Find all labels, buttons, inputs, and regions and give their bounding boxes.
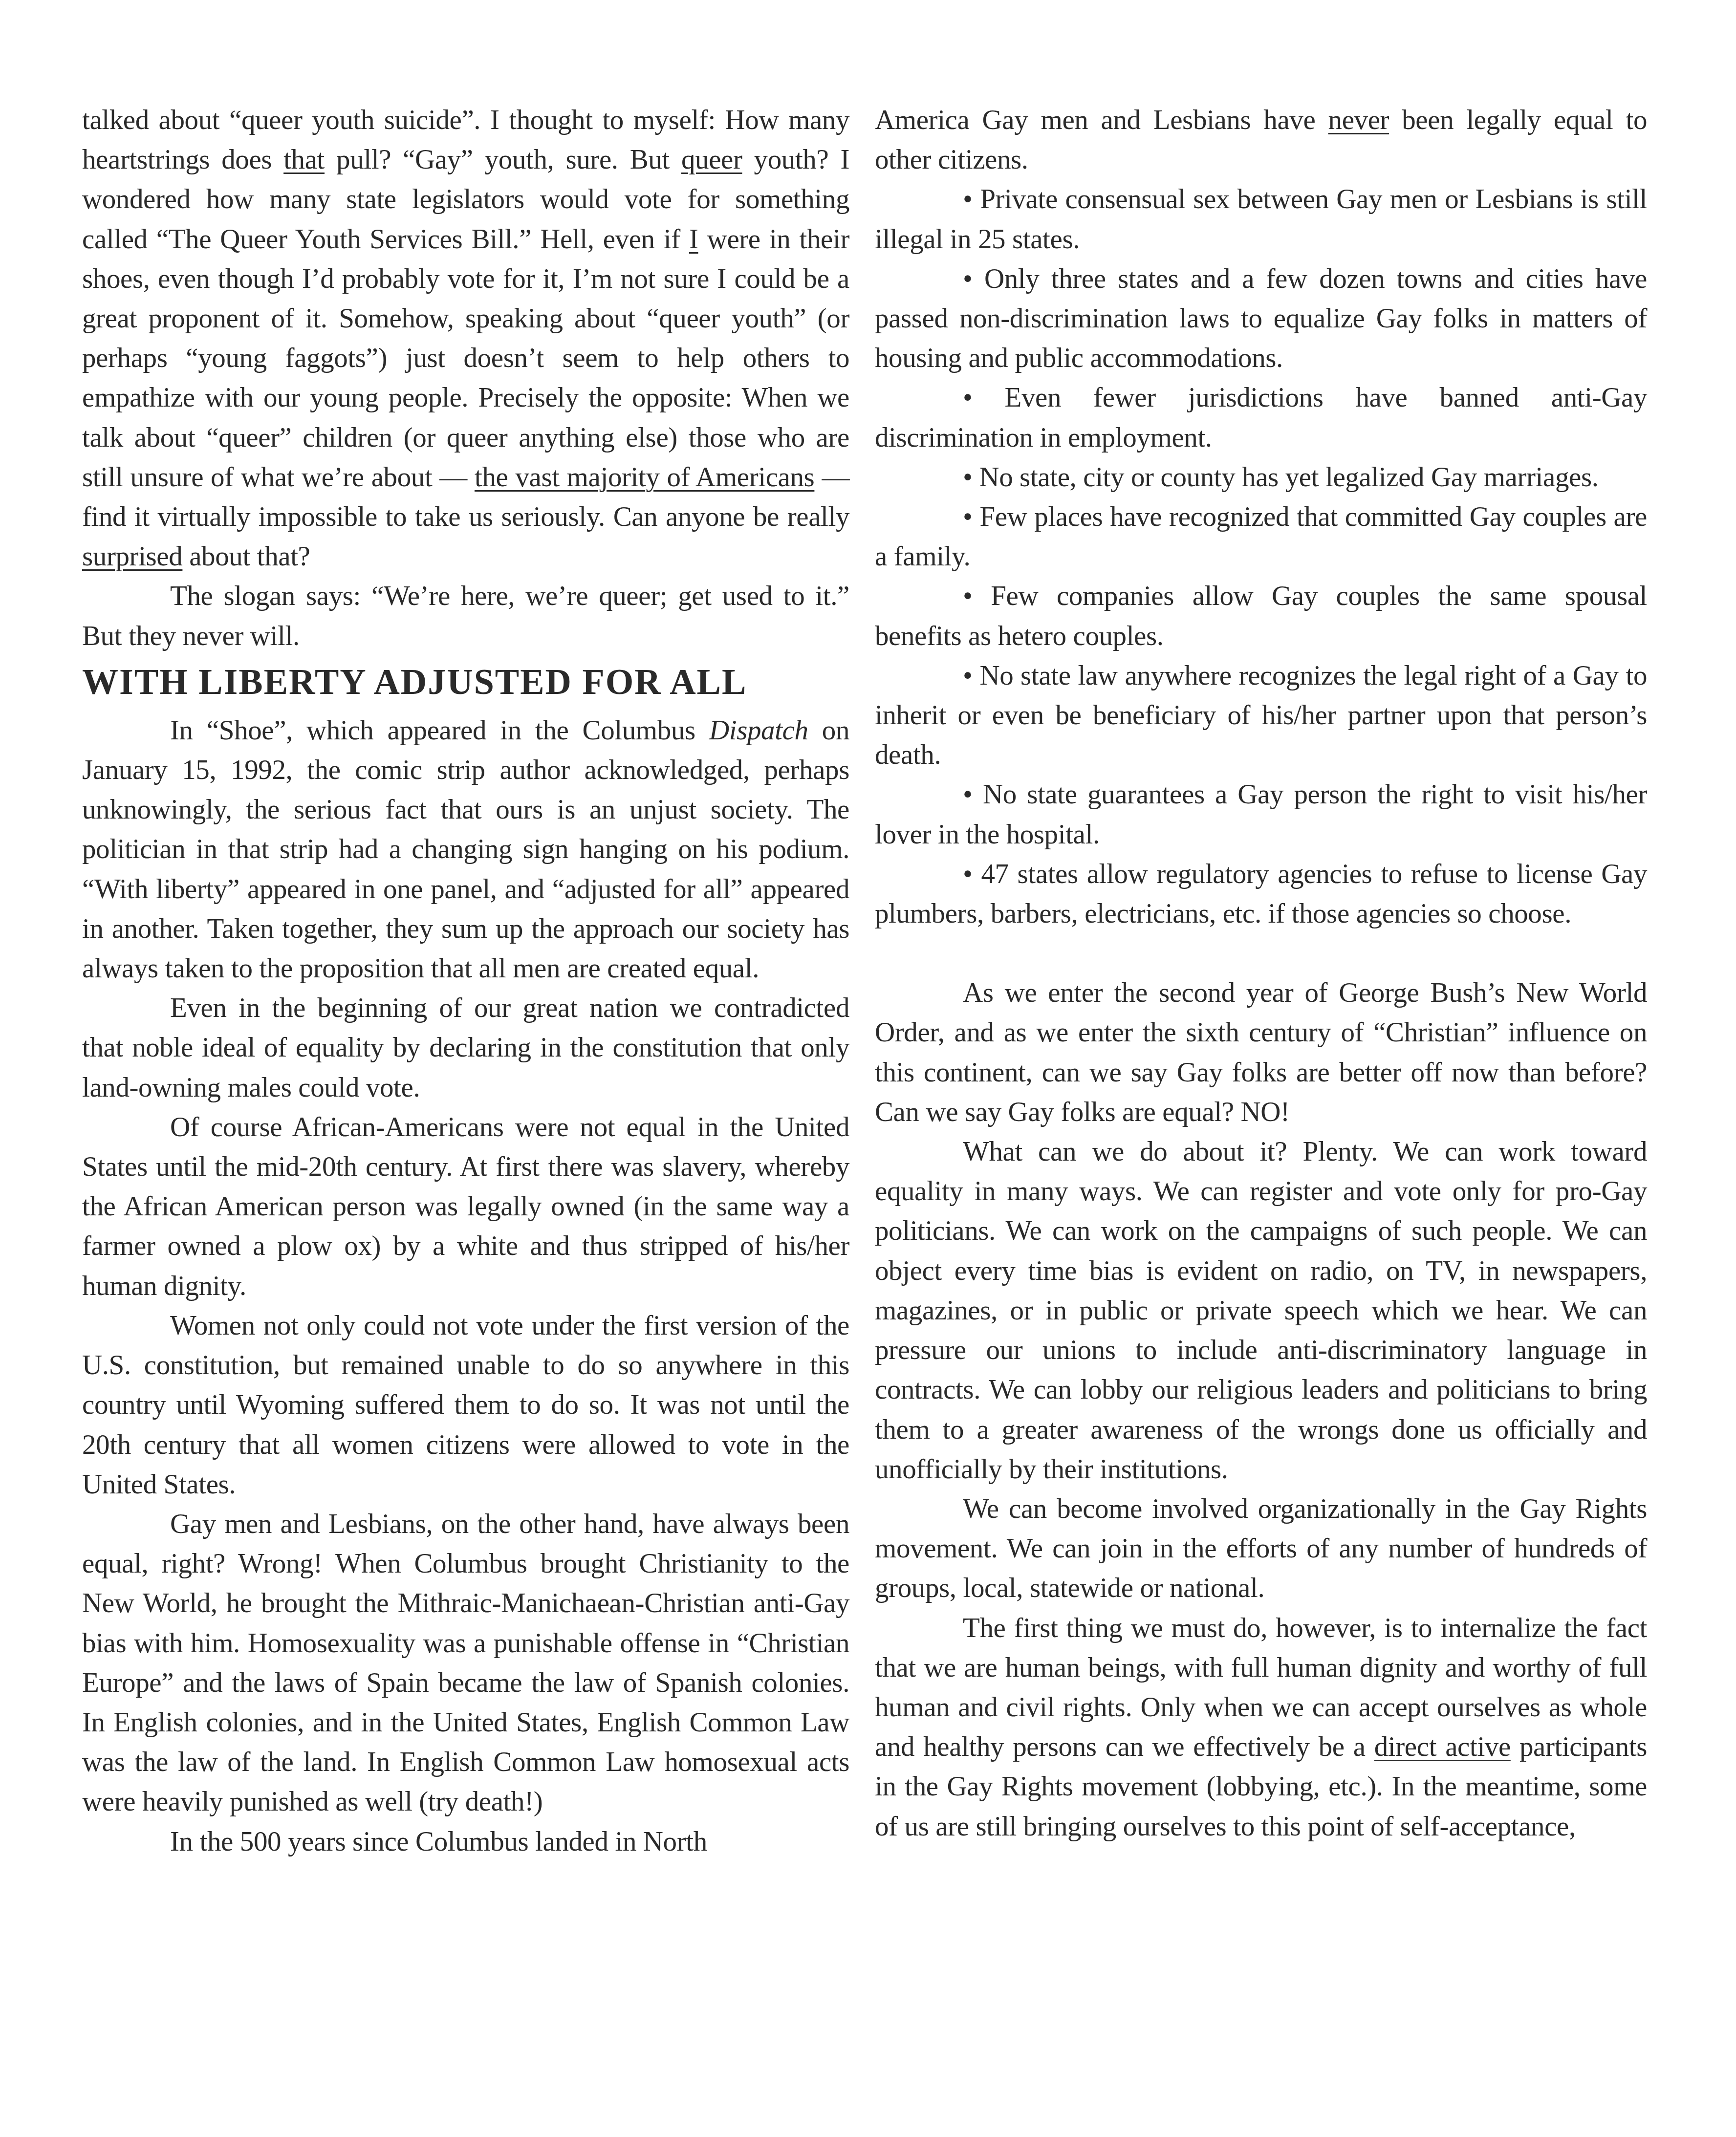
bullet-item: • Few companies allow Gay couples the sa… — [875, 576, 1647, 655]
document-page: talked about “queer youth suicide”. I th… — [0, 0, 1736, 2137]
paragraph-involved-organizationally: We can become involved organizationally … — [875, 1489, 1647, 1608]
underlined-text: that — [283, 144, 325, 175]
paragraph-never-equal: America Gay men and Lesbians have never … — [875, 100, 1647, 179]
paragraph-new-world-order: As we enter the second year of George Bu… — [875, 973, 1647, 1132]
paragraph-500-years: In the 500 years since Columbus landed i… — [82, 1822, 849, 1861]
underlined-text: I — [689, 224, 698, 255]
right-column: America Gay men and Lesbians have never … — [875, 100, 1647, 1846]
text-run: In “Shoe”, which appeared in the Columbu… — [170, 715, 709, 746]
bullet-item: • No state law anywhere recognizes the l… — [875, 656, 1647, 775]
bullet-item: • No state guarantees a Gay person the r… — [875, 775, 1647, 854]
paragraph-beginning-nation: Even in the beginning of our great natio… — [82, 988, 849, 1107]
paragraph-shoe-comic: In “Shoe”, which appeared in the Columbu… — [82, 711, 849, 988]
underlined-text: never — [1328, 105, 1389, 135]
italic-text: Dispatch — [709, 715, 808, 746]
paragraph-women: Women not only could not vote under the … — [82, 1306, 849, 1504]
text-run: America Gay men and Lesbians have — [875, 105, 1328, 135]
bullet-item: • Private consensual sex between Gay men… — [875, 179, 1647, 259]
paragraph-queer-youth: talked about “queer youth suicide”. I th… — [82, 100, 849, 576]
spacer — [875, 933, 1647, 973]
text-run: pull? “Gay” youth, sure. But — [325, 144, 681, 175]
section-heading: WITH LIBERTY ADJUSTED FOR ALL — [82, 659, 849, 706]
bullet-item: • Few places have recognized that commit… — [875, 497, 1647, 576]
text-run: were in their shoes, even though I’d pro… — [82, 224, 849, 493]
paragraph-gay-men-lesbians: Gay men and Lesbians, on the other hand,… — [82, 1504, 849, 1822]
underlined-text: surprised — [82, 541, 182, 572]
text-run: about that? — [182, 541, 310, 572]
bullet-item: • Only three states and a few dozen town… — [875, 259, 1647, 378]
paragraph-african-americans: Of course African-Americans were not equ… — [82, 1107, 849, 1306]
underlined-text: the vast majority of Americans — [475, 462, 814, 493]
paragraph-internalize: The first thing we must do, however, is … — [875, 1608, 1647, 1846]
paragraph-what-can-we-do: What can we do about it? Plenty. We can … — [875, 1132, 1647, 1489]
paragraph-slogan: The slogan says: “We’re here, we’re quee… — [82, 576, 849, 655]
text-run: on January 15, 1992, the comic strip aut… — [82, 715, 849, 984]
underlined-text: queer — [681, 144, 742, 175]
left-column: talked about “queer youth suicide”. I th… — [82, 100, 849, 1861]
underlined-text: direct active — [1374, 1731, 1511, 1762]
bullet-item: • Even fewer jurisdictions have banned a… — [875, 378, 1647, 457]
bullet-item: • 47 states allow regulatory agencies to… — [875, 854, 1647, 933]
bullet-item: • No state, city or county has yet legal… — [875, 457, 1647, 497]
